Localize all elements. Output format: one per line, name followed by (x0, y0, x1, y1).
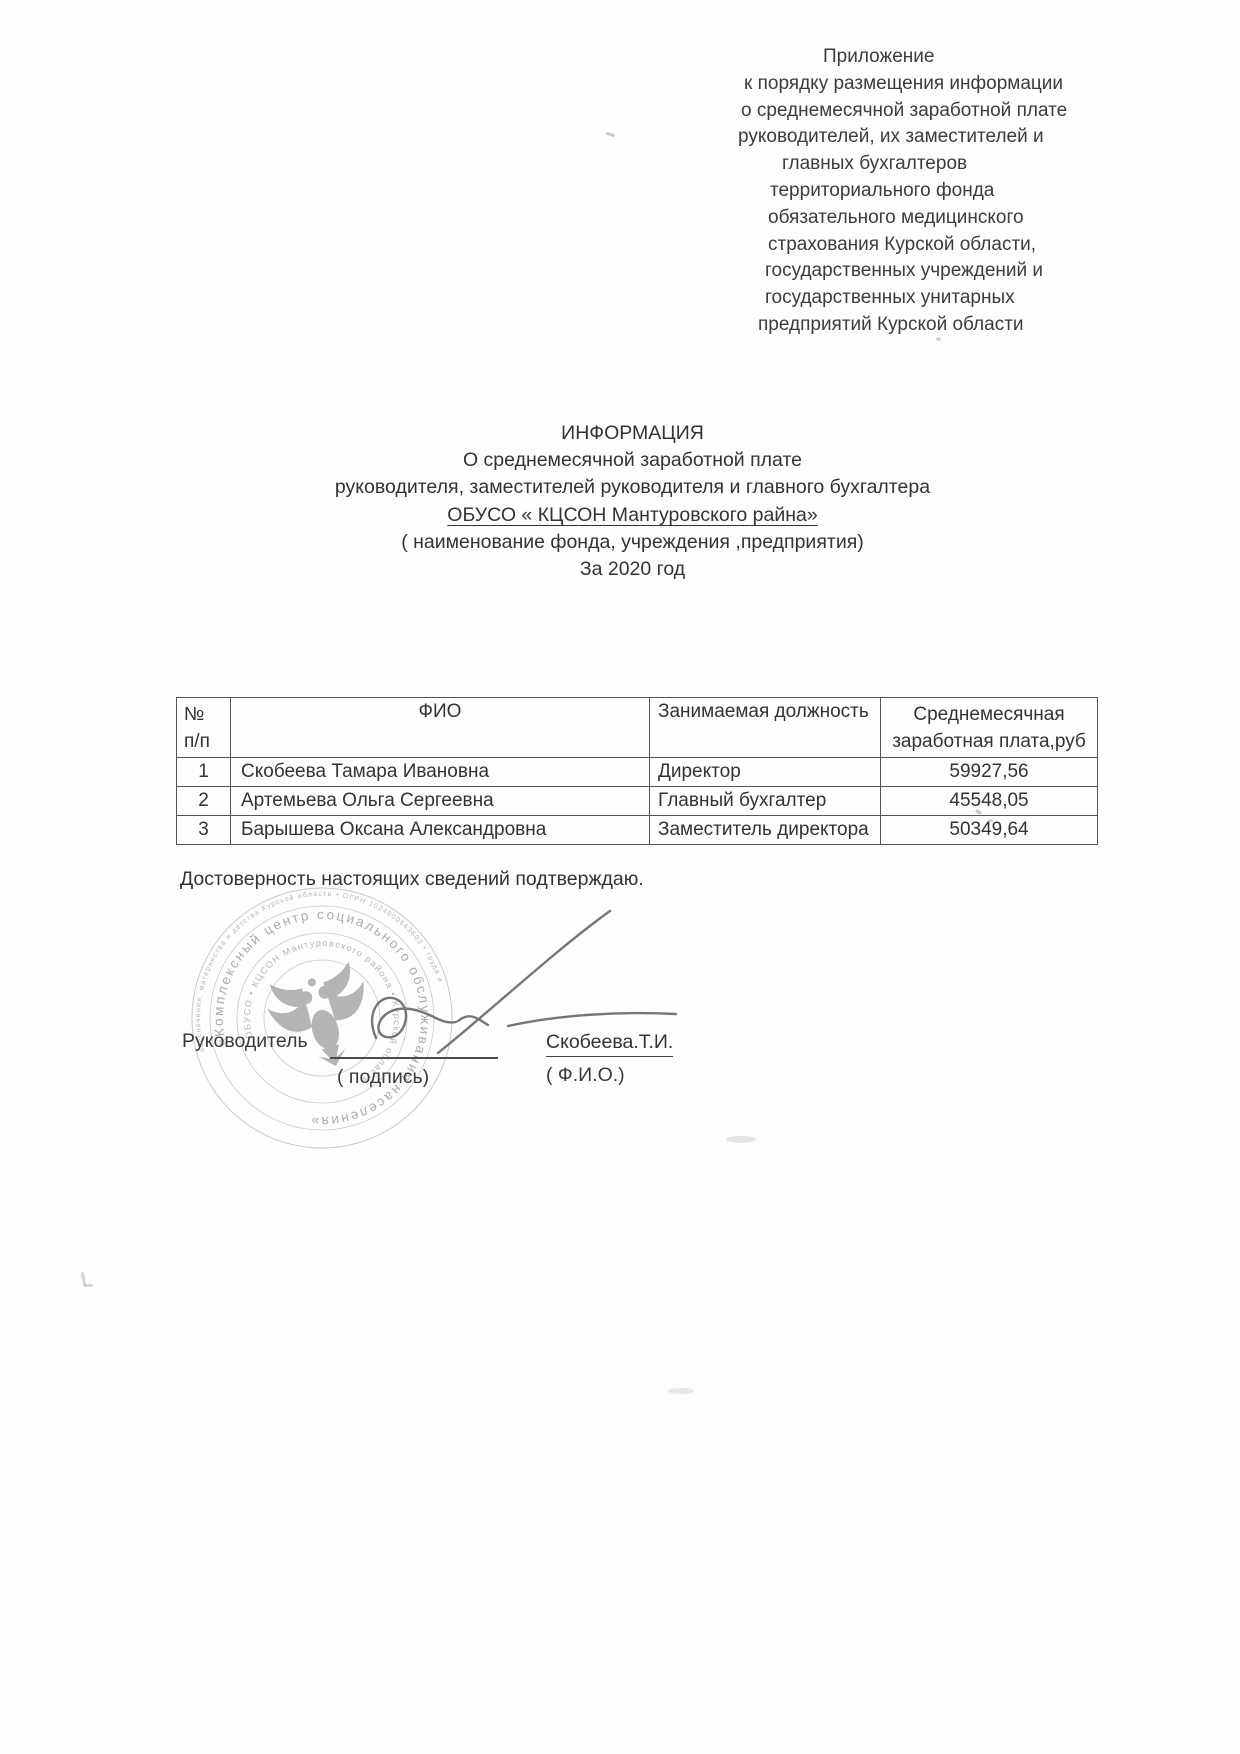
scan-artifact (606, 132, 615, 138)
appendix-line: предприятий Курской области (758, 312, 1148, 339)
cell-salary: 45548,05 (881, 787, 1098, 816)
table-row: 2 Артемьева Ольга Сергеевна Главный бухг… (177, 787, 1098, 816)
document-title: ИНФОРМАЦИЯ (180, 420, 1085, 447)
signer-name: Скобеева.Т.И. (546, 1031, 673, 1057)
cell-salary: 59927,56 (881, 758, 1098, 787)
appendix-line: руководителей, их заместителей и (738, 124, 1148, 151)
appendix-line: о среднемесячной заработной плате (741, 98, 1148, 125)
organization-caption: ( наименование фонда, учреждения ,предпр… (180, 529, 1085, 556)
header-salary: Среднемесячная заработная плата,руб (881, 698, 1098, 758)
title-subtitle: руководителя, заместителей руководителя … (180, 474, 1085, 501)
cell-num: 2 (177, 787, 231, 816)
organization-name: ОБУСО « КЦСОН Мантуровского райна» (180, 502, 1085, 529)
scan-artifact (988, 819, 993, 822)
header-num: № п/п (177, 698, 231, 758)
appendix-line: Приложение (823, 44, 1148, 71)
cell-num: 1 (177, 758, 231, 787)
cell-position: Заместитель директора (650, 816, 881, 845)
cell-fio: Скобеева Тамара Ивановна (231, 758, 650, 787)
salary-table: № п/п ФИО Занимаемая должность Среднемес… (176, 697, 1098, 845)
header-num-line1: № (184, 701, 230, 728)
document-page: Приложение к порядку размещения информац… (0, 0, 1240, 1754)
signer-name-caption: ( Ф.И.О.) (546, 1064, 625, 1087)
table-header-row: № п/п ФИО Занимаемая должность Среднемес… (177, 698, 1098, 758)
cell-position: Главный бухгалтер (650, 787, 881, 816)
role-label: Руководитель (182, 1030, 308, 1053)
table-row: 1 Скобеева Тамара Ивановна Директор 5992… (177, 758, 1098, 787)
header-num-line2: п/п (184, 728, 230, 755)
title-subtitle: О среднемесячной заработной плате (180, 447, 1085, 474)
appendix-line: главных бухгалтеров (782, 151, 1148, 178)
appendix-line: государственных учреждений и (765, 258, 1148, 285)
header-fio: ФИО (231, 698, 650, 758)
appendix-line: территориального фонда (770, 178, 1148, 205)
scan-artifact (668, 1388, 694, 1394)
appendix-block: Приложение к порядку размещения информац… (738, 44, 1148, 339)
scan-artifact (726, 1136, 756, 1143)
table-row: 3 Барышева Оксана Александровна Заместит… (177, 816, 1098, 845)
appendix-line: к порядку размещения информации (744, 71, 1148, 98)
title-block: ИНФОРМАЦИЯ О среднемесячной заработной п… (180, 420, 1085, 583)
appendix-line: страхования Курской области, (768, 232, 1148, 259)
appendix-line: государственных унитарных (765, 285, 1148, 312)
signature-caption: ( подпись) (337, 1066, 429, 1089)
cell-position: Директор (650, 758, 881, 787)
scan-artifact (84, 1284, 93, 1287)
cell-num: 3 (177, 816, 231, 845)
scan-artifact (936, 337, 941, 341)
report-year: За 2020 год (180, 556, 1085, 583)
cell-fio: Барышева Оксана Александровна (231, 816, 650, 845)
header-position: Занимаемая должность (650, 698, 881, 758)
cell-fio: Артемьева Ольга Сергеевна (231, 787, 650, 816)
appendix-line: обязательного медицинского (768, 205, 1148, 232)
signature-line (330, 1040, 498, 1059)
